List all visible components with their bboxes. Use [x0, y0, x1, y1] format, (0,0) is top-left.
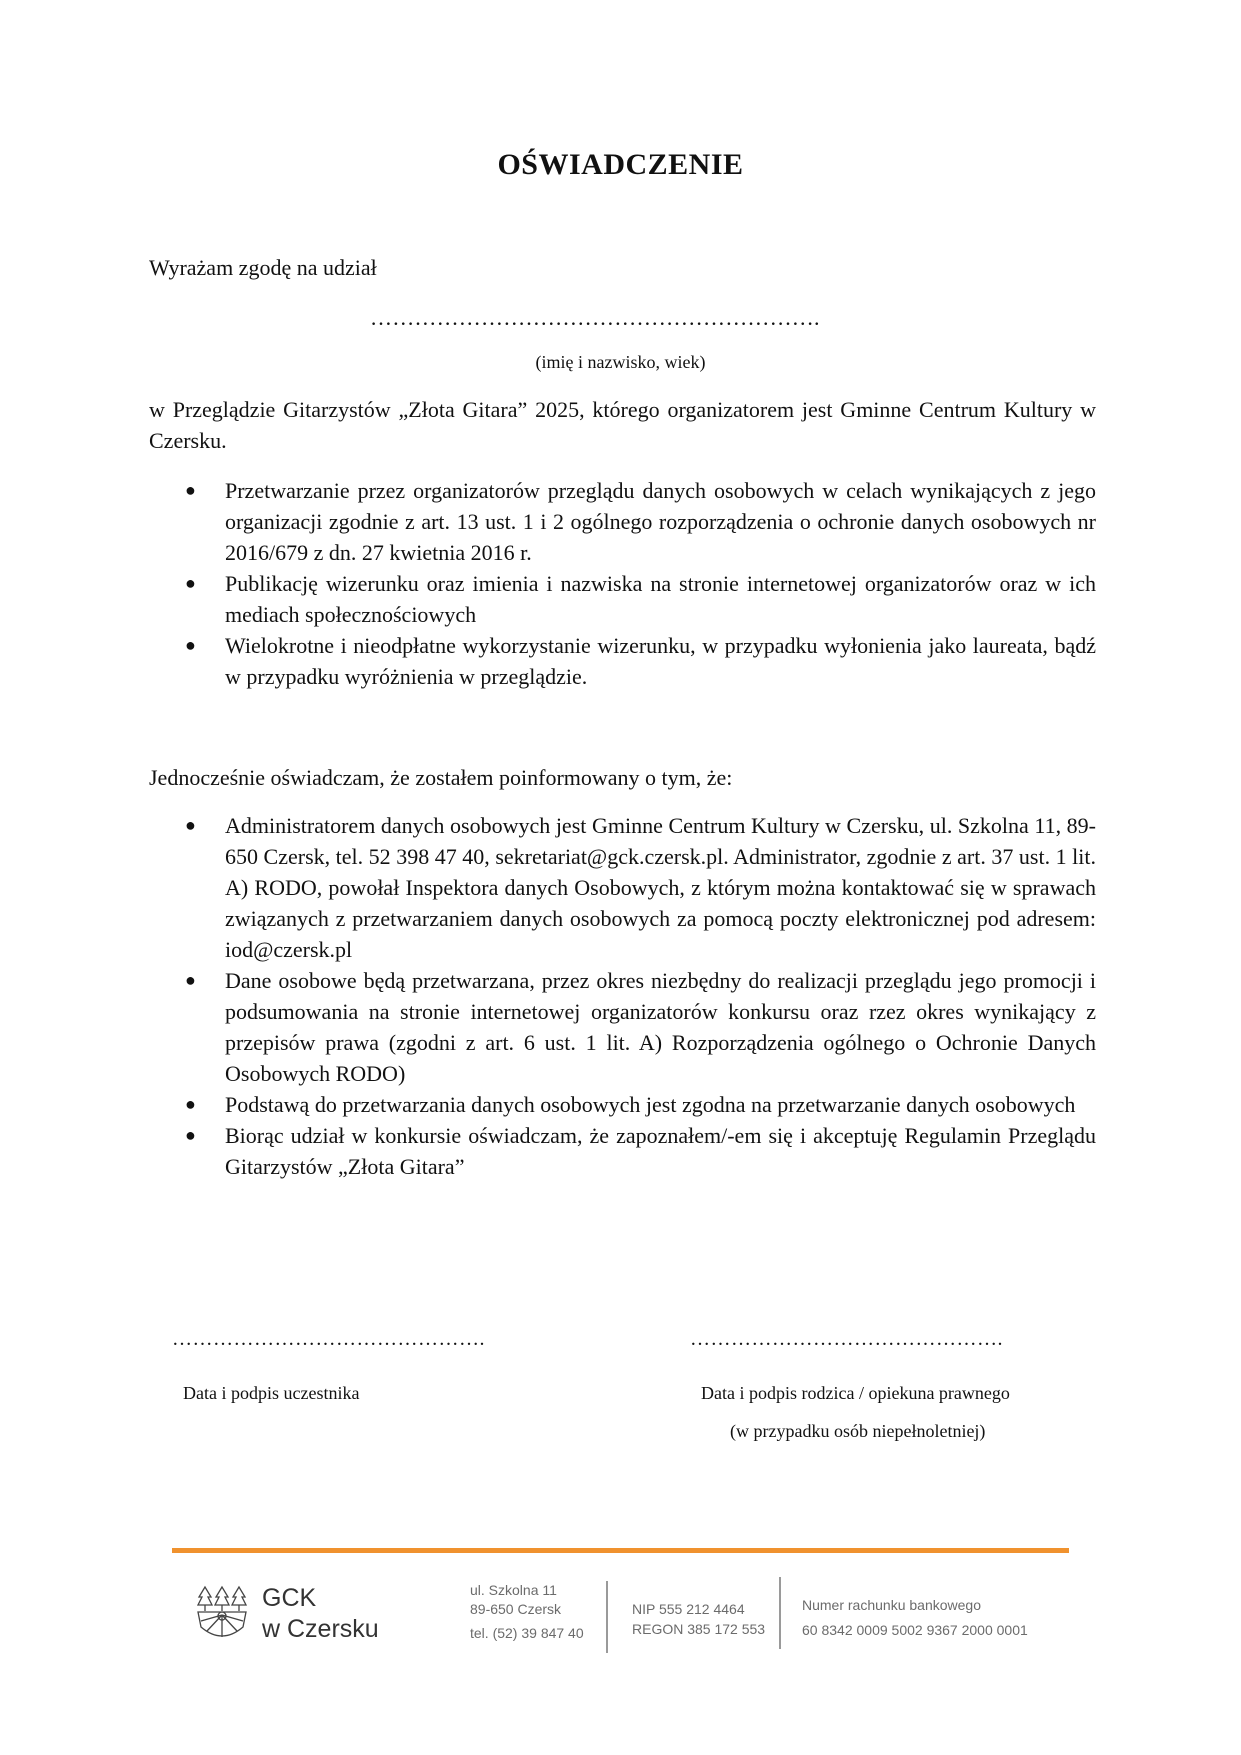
footer-bank: Numer rachunku bankowego 60 8342 0009 50…	[802, 1593, 1028, 1643]
bank-number: 60 8342 0009 5002 9367 2000 0001	[802, 1618, 1028, 1643]
bullet-icon: ●	[185, 568, 196, 599]
footer-phone: tel. (52) 39 847 40	[470, 1624, 584, 1643]
bank-label: Numer rachunku bankowego	[802, 1593, 1028, 1618]
footer-divider	[779, 1577, 781, 1649]
footer-tax-ids: NIP 555 212 4464 REGON 385 172 553	[632, 1599, 765, 1639]
footer-nip: NIP 555 212 4464	[632, 1599, 765, 1619]
consent-item: ●Przetwarzanie przez organizatorów przeg…	[149, 475, 1096, 568]
info-item: ●Dane osobowe będą przetwarzana, przez o…	[149, 965, 1096, 1089]
name-field-caption: (imię i nazwisko, wiek)	[0, 352, 1241, 373]
logo-line-1: GCK	[262, 1583, 379, 1614]
footer-accent-line	[172, 1548, 1069, 1553]
participant-signature-line: ……………………………………….	[172, 1328, 485, 1351]
footer-divider	[606, 1581, 608, 1653]
info-item: ●Biorąc udział w konkursie oświadczam, ż…	[149, 1120, 1096, 1182]
name-field-line: …………………………………………………….	[370, 305, 820, 331]
footer-address: ul. Szkolna 11 89-650 Czersk tel. (52) 3…	[470, 1581, 584, 1643]
logo-line-2: w Czersku	[262, 1614, 379, 1645]
consent-item: ●Wielokrotne i nieodpłatne wykorzystanie…	[149, 630, 1096, 692]
letterhead-footer: GCK w Czersku ul. Szkolna 11 89-650 Czer…	[172, 1575, 1069, 1660]
document-title: OŚWIADCZENIE	[0, 148, 1241, 182]
info-list: ●Administratorem danych osobowych jest G…	[149, 810, 1096, 1182]
bullet-icon: ●	[185, 965, 196, 996]
footer-regon: REGON 385 172 553	[632, 1619, 765, 1639]
consent-item: ●Publikację wizerunku oraz imienia i naz…	[149, 568, 1096, 630]
bullet-icon: ●	[185, 1120, 196, 1151]
guardian-signature-label: Data i podpis rodzica / opiekuna prawneg…	[701, 1383, 1010, 1404]
consent-list: ●Przetwarzanie przez organizatorów przeg…	[149, 475, 1096, 692]
bullet-icon: ●	[185, 1089, 196, 1120]
bullet-icon: ●	[185, 475, 196, 506]
info-item: ●Administratorem danych osobowych jest G…	[149, 810, 1096, 965]
info-item: ●Podstawą do przetwarzania danych osobow…	[149, 1089, 1096, 1120]
bullet-icon: ●	[185, 630, 196, 661]
guardian-signature-note: (w przypadku osób niepełnoletniej)	[730, 1421, 985, 1442]
participant-signature-label: Data i podpis uczestnika	[183, 1383, 359, 1404]
consent-intro: Wyrażam zgodę na udział	[149, 255, 377, 281]
bullet-icon: ●	[185, 810, 196, 841]
gck-logo-icon	[197, 1585, 247, 1645]
guardian-signature-line: ……………………………………….	[690, 1328, 1003, 1351]
info-intro-paragraph: Jednocześnie oświadczam, że zostałem poi…	[149, 762, 1096, 793]
event-paragraph: w Przeglądzie Gitarzystów „Złota Gitara”…	[149, 394, 1096, 456]
